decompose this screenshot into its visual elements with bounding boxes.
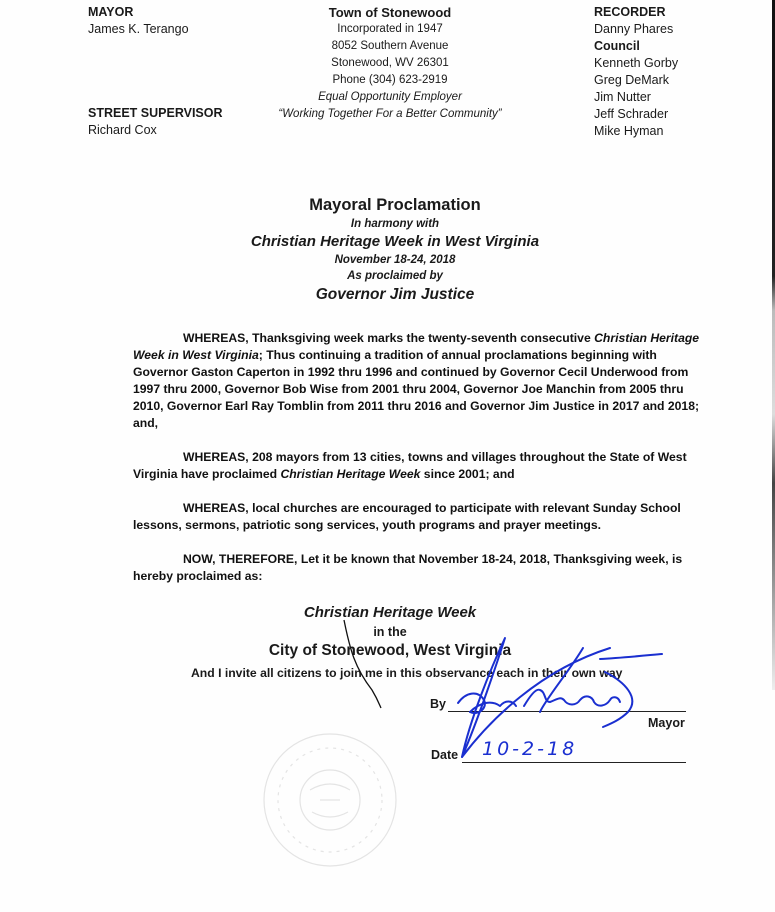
council-label: Council (594, 38, 678, 55)
proclamation-page: MAYOR James K. Terango STREET SUPERVISOR… (0, 0, 775, 912)
whereas-paragraph-2: WHEREAS, 208 mayors from 13 cities, town… (133, 449, 703, 483)
signature-line (448, 711, 686, 712)
page-title: Mayoral Proclamation (150, 194, 640, 216)
mayor-name: James K. Terango (88, 21, 189, 38)
by-label: By (430, 697, 446, 711)
street-supervisor-block: STREET SUPERVISOR Richard Cox (88, 105, 223, 139)
now-therefore-paragraph: NOW, THEREFORE, Let it be known that Nov… (133, 551, 703, 585)
council-member: Greg DeMark (594, 72, 678, 89)
title-harmony: In harmony with (150, 216, 640, 232)
council-member: Jeff Schrader (594, 106, 678, 123)
whereas-paragraph-1: WHEREAS, Thanksgiving week marks the twe… (133, 330, 703, 432)
town-name: Town of Stonewood (250, 4, 530, 21)
mayor-label: MAYOR (88, 4, 189, 21)
title-proclaimed-by: As proclaimed by (150, 268, 640, 284)
title-dates: November 18-24, 2018 (150, 252, 640, 268)
recorder-label: RECORDER (594, 4, 678, 21)
title-event: Christian Heritage Week in West Virginia (150, 232, 640, 252)
council-member: Kenneth Gorby (594, 55, 678, 72)
town-incorporated: Incorporated in 1947 (250, 21, 530, 38)
street-supervisor-name: Richard Cox (88, 122, 223, 139)
town-address2: Stonewood, WV 26301 (250, 55, 530, 72)
town-phone: Phone (304) 623-2919 (250, 72, 530, 89)
town-address1: 8052 Southern Avenue (250, 38, 530, 55)
proclamation-city: City of Stonewood, West Virginia (170, 642, 610, 660)
title-governor: Governor Jim Justice (150, 284, 640, 306)
town-eoe: Equal Opportunity Employer (250, 89, 530, 106)
date-line (462, 762, 686, 763)
embossed-seal-icon (264, 734, 396, 866)
title-block: Mayoral Proclamation In harmony with Chr… (150, 194, 640, 306)
proclamation-event: Christian Heritage Week (170, 604, 610, 621)
council-block: RECORDER Danny Phares Council Kenneth Go… (594, 4, 678, 140)
recorder-name: Danny Phares (594, 21, 678, 38)
mayor-role-label: Mayor (648, 716, 685, 730)
council-member: Jim Nutter (594, 89, 678, 106)
date-value: 10-2-18 (482, 738, 577, 760)
council-member: Mike Hyman (594, 123, 678, 140)
town-block: Town of Stonewood Incorporated in 1947 8… (250, 4, 530, 123)
proclamation-block: Christian Heritage Week in the City of S… (170, 604, 610, 694)
mayor-block: MAYOR James K. Terango (88, 4, 189, 38)
date-label: Date (431, 748, 458, 762)
proclamation-in-the: in the (170, 625, 610, 639)
whereas-paragraph-3: WHEREAS, local churches are encouraged t… (133, 500, 703, 534)
town-motto: “Working Together For a Better Community… (250, 106, 530, 123)
proclamation-invite: And I invite all citizens to join me in … (90, 666, 775, 680)
street-supervisor-label: STREET SUPERVISOR (88, 105, 223, 122)
